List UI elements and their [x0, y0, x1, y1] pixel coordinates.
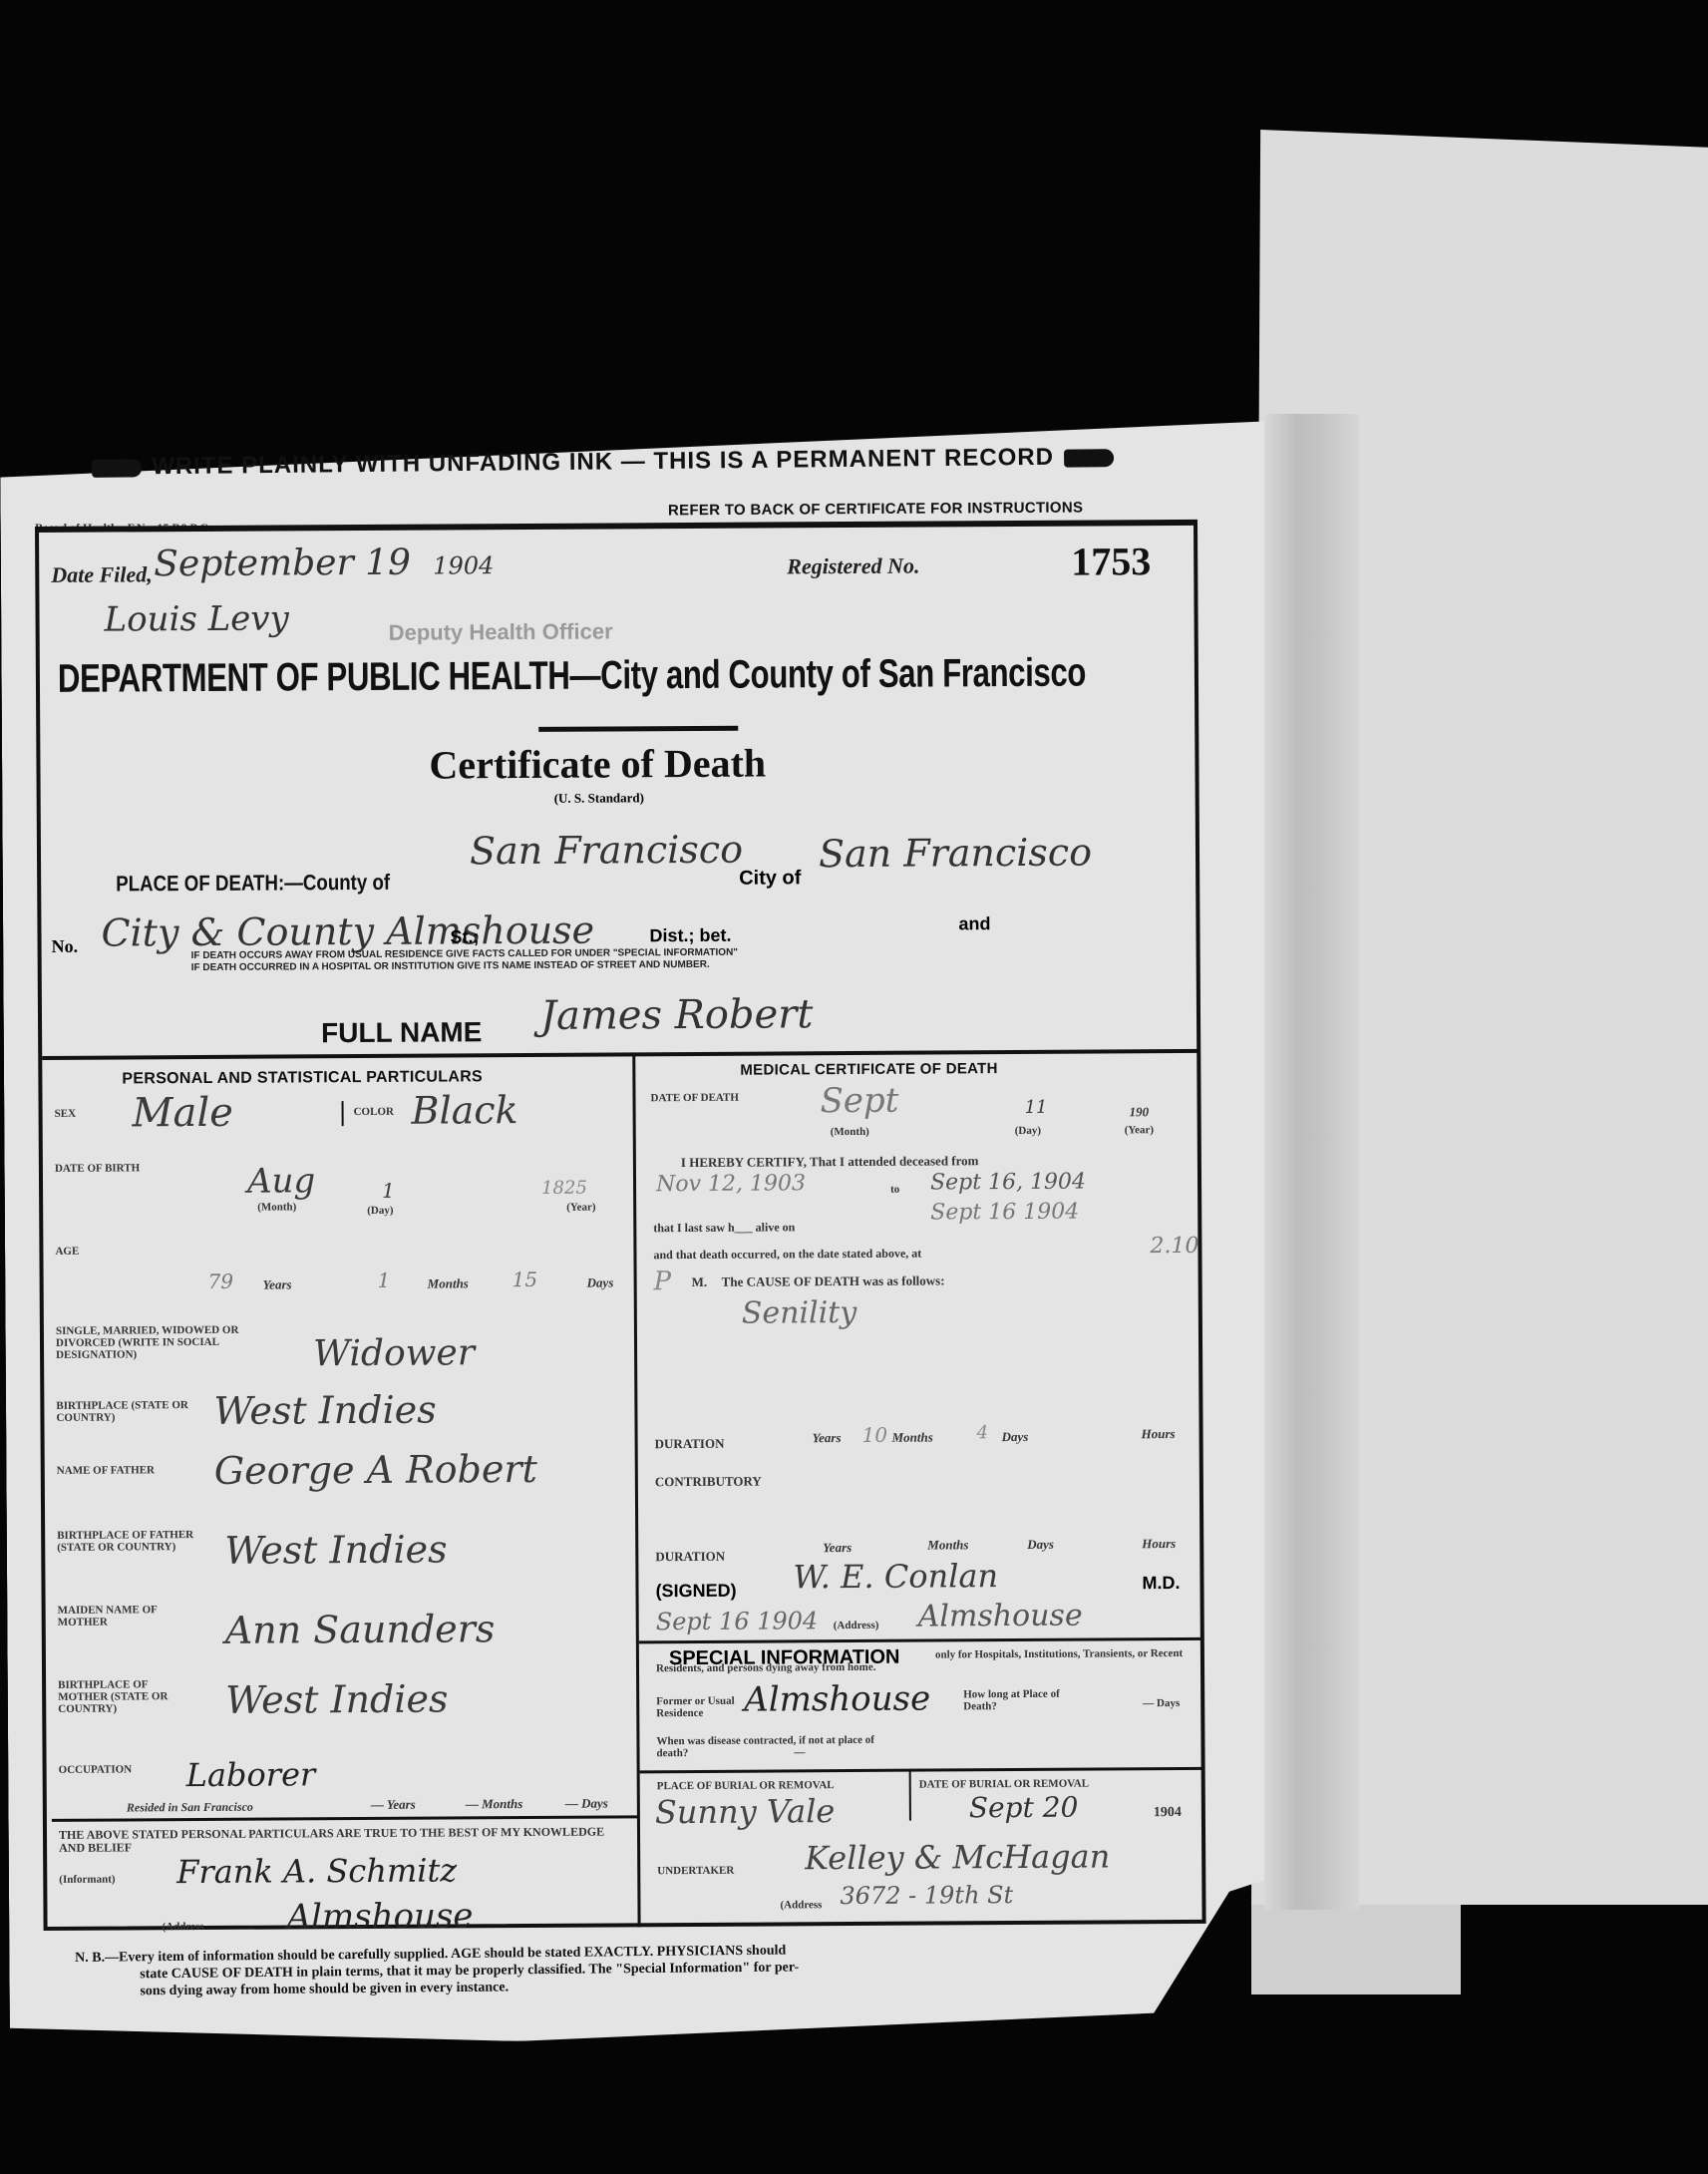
- physician-address-label: (Address): [834, 1620, 879, 1631]
- physician-address: Almshouse: [918, 1599, 1083, 1634]
- years-label: Years: [263, 1276, 292, 1292]
- contributory-label: CONTRIBUTORY: [655, 1476, 762, 1489]
- md-label: M.D.: [1142, 1573, 1180, 1594]
- resided-months: — Months: [466, 1796, 523, 1812]
- certificate-subtitle: (U. S. Standard): [554, 790, 644, 807]
- birthplace-label: BIRTHPLACE (State or Country): [56, 1399, 195, 1424]
- m-label: M.: [692, 1276, 708, 1288]
- binding-gutter: [1264, 414, 1359, 1910]
- age-label: AGE: [55, 1246, 79, 1258]
- resided-label: Resided in San Francisco: [127, 1800, 253, 1816]
- mother-label: MAIDEN NAME OF MOTHER: [58, 1604, 187, 1629]
- father-birthplace-value: West Indies: [224, 1527, 448, 1572]
- mother-birthplace-value: West Indies: [225, 1676, 449, 1721]
- undertaker-name: Kelley & McHagan: [805, 1837, 1110, 1877]
- occurred-label: and that death occurred, on the date sta…: [653, 1248, 921, 1262]
- birthplace-value: West Indies: [213, 1388, 437, 1433]
- duration-label: DURATION: [655, 1438, 725, 1450]
- date-filed-value: September 19: [154, 543, 411, 585]
- burial-place-label: PLACE OF BURIAL OR REMOVAL: [657, 1779, 835, 1792]
- attended-from: Nov 12, 1903: [656, 1171, 806, 1197]
- note-line-2: IF DEATH OCCURRED IN A HOSPITAL OR INSTI…: [191, 959, 738, 974]
- certificate-title: Certificate of Death: [429, 740, 766, 789]
- burial-date: Sept 20: [969, 1791, 1079, 1825]
- marital-value: Widower: [313, 1332, 475, 1374]
- place-of-death-county: San Francisco: [470, 828, 743, 874]
- duration2-days-label: Days: [1027, 1537, 1054, 1553]
- city-label: City of: [739, 867, 801, 890]
- undertaker-address-label: (Address: [780, 1899, 822, 1911]
- district-label: Dist.; bet.: [649, 925, 731, 947]
- color-value: Black: [411, 1088, 517, 1133]
- burial-year: 1904: [1154, 1807, 1182, 1819]
- occupation-label: OCCUPATION: [59, 1763, 133, 1775]
- informant-name: Frank A. Schmitz: [176, 1851, 457, 1891]
- months-label: Months: [428, 1275, 469, 1291]
- dod-day-label: (Day): [1015, 1125, 1041, 1137]
- cause-of-death: Senility: [742, 1295, 857, 1331]
- sex-color-divider: [342, 1101, 344, 1126]
- certify-text: I HEREBY CERTIFY, That I attended deceas…: [681, 1155, 979, 1169]
- father-value: George A Robert: [214, 1447, 537, 1493]
- residence-label: Former or Usual Residence: [656, 1695, 736, 1719]
- informant-statement: THE ABOVE STATED PERSONAL PARTICULARS AR…: [59, 1825, 627, 1854]
- duration2-label: DURATION: [655, 1551, 725, 1563]
- duration-years-label: Years: [813, 1430, 842, 1446]
- how-long-value: — Days: [1143, 1697, 1180, 1709]
- burial-date-label: DATE of BURIAL or REMOVAL: [919, 1778, 1089, 1791]
- and-label: and: [958, 913, 990, 934]
- number-label: No.: [52, 936, 79, 957]
- officer-signature: Louis Levy: [104, 598, 288, 639]
- age-days: 15: [512, 1268, 538, 1291]
- dob-label: DATE OF BIRTH: [55, 1162, 140, 1175]
- informant-address: Almshouse: [286, 1896, 473, 1937]
- meridiem: P: [654, 1267, 672, 1296]
- informant-address-label: (Address: [163, 1921, 204, 1933]
- cause-label: The CAUSE OF DEATH was as follows:: [722, 1274, 945, 1287]
- pointing-hand-icon: [92, 459, 142, 478]
- dod-label: DATE OF DEATH: [650, 1092, 738, 1105]
- burial-divider: [640, 1767, 1203, 1773]
- contracted-value: —: [794, 1746, 805, 1758]
- time-of-death: 2.10: [1150, 1234, 1198, 1259]
- date-filed-label: Date Filed,: [51, 561, 153, 588]
- resided-days: — Days: [565, 1796, 608, 1812]
- street-label: St.;: [450, 926, 479, 947]
- days-label: Days: [587, 1274, 614, 1290]
- registered-number: 1753: [1071, 538, 1151, 584]
- last-saw-label: that I last saw h___ alive on: [653, 1221, 795, 1234]
- how-long-label: How long at Place of Death?: [963, 1688, 1083, 1713]
- sex-label: SEX: [55, 1108, 76, 1120]
- dod-year: 190: [1130, 1104, 1150, 1120]
- duration-months: 10: [862, 1423, 888, 1447]
- informant-divider: [52, 1815, 638, 1822]
- dod-year-label: (Year): [1125, 1124, 1154, 1136]
- column-divider: [632, 1054, 640, 1927]
- certificate-frame: Date Filed, September 19 1904 Registered…: [35, 520, 1206, 1931]
- dod-month: Sept: [820, 1081, 898, 1121]
- date-filed-year: 1904: [433, 551, 494, 579]
- resided-years: — Years: [371, 1797, 416, 1813]
- undertaker-label: UNDERTAKER: [657, 1865, 734, 1877]
- full-name-label: FULL NAME: [321, 1016, 482, 1049]
- place-of-death-city: San Francisco: [819, 831, 1092, 877]
- signed-label: (SIGNED): [655, 1581, 736, 1602]
- year-label: (Year): [566, 1202, 595, 1214]
- father-label: NAME OF FATHER: [57, 1464, 157, 1477]
- burial-column-divider: [909, 1771, 911, 1821]
- color-label: COLOR: [354, 1106, 394, 1118]
- full-name-value: James Robert: [540, 991, 814, 1039]
- duration-days: 4: [977, 1422, 989, 1443]
- special-divider: [639, 1637, 1202, 1643]
- attended-to: Sept 16, 1904: [930, 1170, 1086, 1196]
- burial-place: Sunny Vale: [655, 1792, 836, 1831]
- duration-months-label: Months: [892, 1430, 933, 1446]
- dod-day: 11: [1025, 1097, 1048, 1118]
- duration-days-label: Days: [1002, 1429, 1029, 1445]
- mother-value: Ann Saunders: [225, 1607, 496, 1652]
- undertaker-address: 3672 - 19th St: [840, 1881, 1013, 1910]
- title-rule: [538, 726, 738, 732]
- duration2-months-label: Months: [927, 1537, 968, 1553]
- mother-birthplace-label: BIRTHPLACE OF MOTHER (State or Country): [58, 1678, 197, 1715]
- to-label: to: [890, 1184, 899, 1196]
- informant-label: (Informant): [59, 1874, 115, 1886]
- section-divider: [42, 1049, 1198, 1060]
- sex-value: Male: [132, 1090, 233, 1137]
- registered-label: Registered No.: [787, 553, 919, 580]
- dod-month-label: (Month): [831, 1126, 869, 1138]
- background-page-edge: [1251, 1905, 1461, 1994]
- duration-hours-label: Hours: [1142, 1426, 1176, 1442]
- place-of-death-label: PLACE OF DEATH:—County of: [116, 870, 390, 898]
- dob-year: 1825: [541, 1178, 587, 1199]
- dob-day: 1: [382, 1179, 395, 1203]
- department-title: DEPARTMENT OF PUBLIC HEALTH—City and Cou…: [58, 651, 1086, 702]
- age-months: 1: [378, 1268, 391, 1292]
- last-saw-date: Sept 16 1904: [930, 1200, 1079, 1226]
- signed-date: Sept 16 1904: [656, 1607, 819, 1635]
- residence-value: Almshouse: [744, 1679, 930, 1720]
- contracted-label: When was disease contracted, if not at p…: [656, 1734, 875, 1759]
- refer-note: REFER TO BACK OF CERTIFICATE FOR INSTRUC…: [668, 500, 1083, 520]
- month-label: (Month): [257, 1201, 296, 1213]
- dob-month: Aug: [247, 1161, 315, 1201]
- officer-title: Deputy Health Officer: [389, 618, 613, 645]
- age-years: 79: [208, 1269, 234, 1293]
- medical-section-title: MEDICAL CERTIFICATE OF DEATH: [740, 1060, 997, 1079]
- marital-label: SINGLE, MARRIED, WIDOWED OR DIVORCED (Wr…: [56, 1324, 255, 1361]
- special-title-note: only for Hospitals, Institutions, Transi…: [656, 1647, 1199, 1674]
- personal-section-title: PERSONAL AND STATISTICAL PARTICULARS: [122, 1068, 483, 1088]
- pointing-hand-icon: [1064, 449, 1114, 468]
- place-of-death-note: IF DEATH OCCURS AWAY FROM USUAL RESIDENC…: [191, 947, 739, 974]
- duration2-hours-label: Hours: [1142, 1536, 1176, 1552]
- duration2-years-label: Years: [823, 1540, 852, 1556]
- father-birthplace-label: BIRTHPLACE OF FATHER (State or Country): [57, 1529, 196, 1554]
- day-label: (Day): [367, 1205, 393, 1217]
- physician-signature: W. E. Conlan: [793, 1557, 998, 1596]
- occupation-value: Laborer: [186, 1755, 316, 1794]
